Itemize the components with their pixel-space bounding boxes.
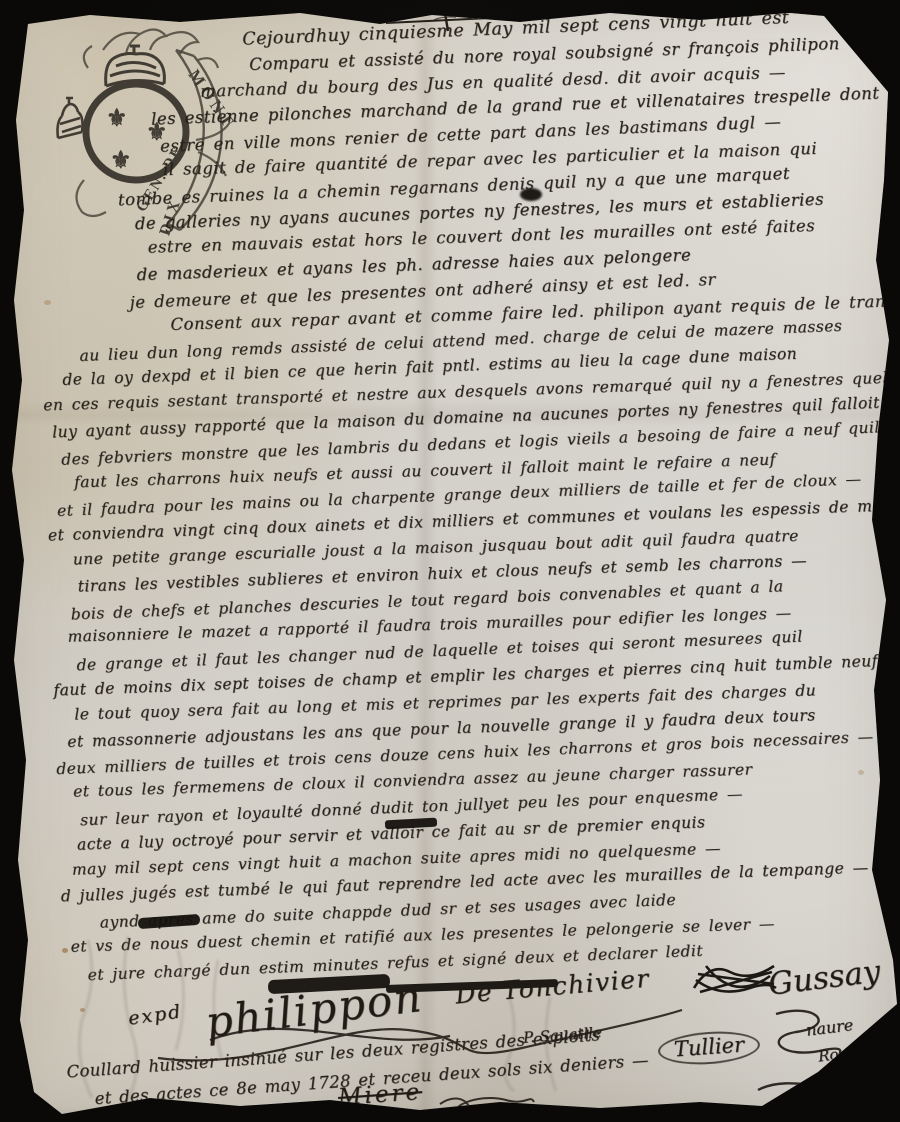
scan-background: ⚜ ⚜ ⚜ MONT GEN. DE DIX Cejourdhuy cinqui… — [0, 0, 900, 1122]
signature-paraph — [752, 1002, 872, 1114]
expedition-mark: expd — [127, 1000, 184, 1029]
foxing-speck — [80, 1008, 85, 1012]
signature-naure: naure — [805, 1015, 854, 1040]
signature-miere: Miere — [337, 1079, 423, 1111]
manuscript-page: ⚜ ⚜ ⚜ MONT GEN. DE DIX Cejourdhuy cinqui… — [0, 0, 900, 1122]
signature-flourish — [436, 1084, 536, 1120]
signature-tullier: Tullier — [657, 1028, 761, 1067]
signature-roquad: Roquad — [817, 1041, 877, 1066]
manuscript-text: Cejourdhuy cinquiesme May mil sept cens … — [30, 4, 900, 988]
ink-blot — [520, 188, 542, 201]
